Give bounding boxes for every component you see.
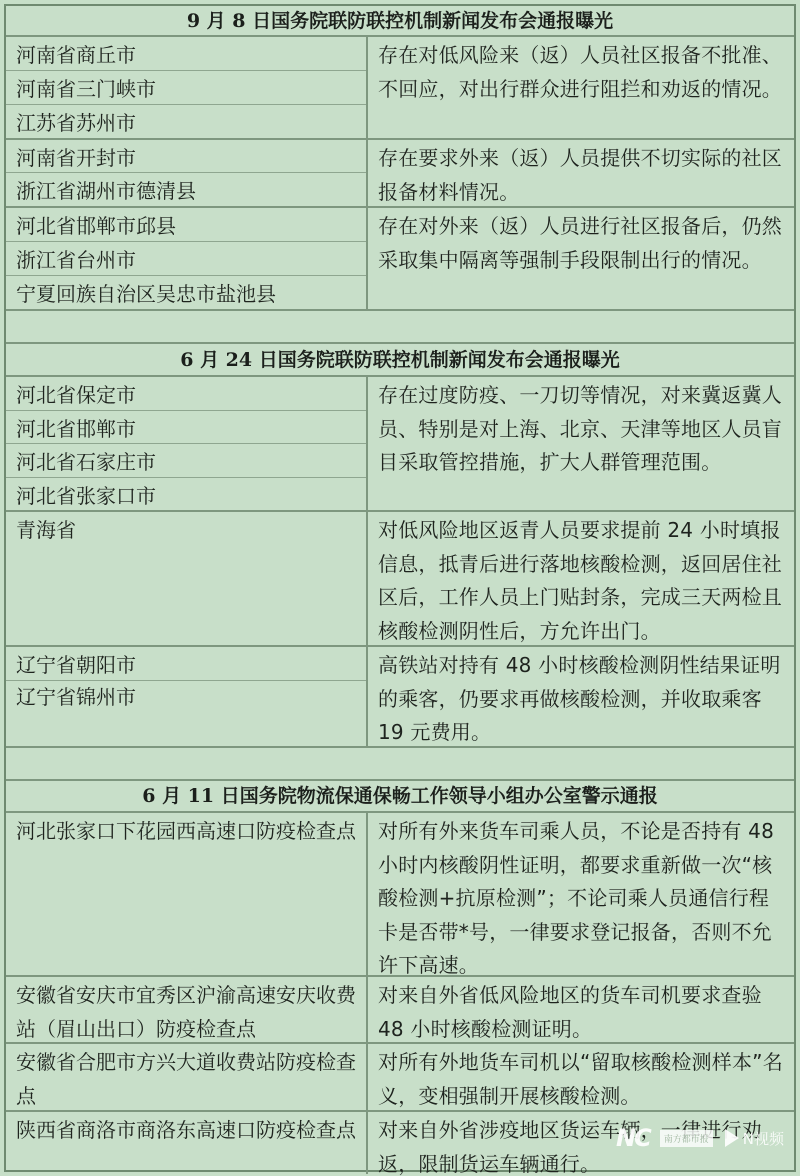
publisher-label: 南方都市报 — [660, 1130, 713, 1147]
location-cell: 青海省 — [6, 512, 368, 645]
table-row: 安徽省安庆市宜秀区沪渝高速安庆收费站（眉山出口）防疫检查点 对来自外省低风险地区… — [6, 977, 794, 1044]
table-row: 青海省 对低风险地区返青人员要求提前 24 小时填报信息，抵青后进行落地核酸检测… — [6, 512, 794, 647]
location-item: 安徽省安庆市宜秀区沪渝高速安庆收费站（眉山出口）防疫检查点 — [6, 977, 366, 1046]
location-item: 江苏省苏州市 — [6, 105, 366, 138]
location-item: 辽宁省锦州市 — [6, 681, 366, 714]
location-cell: 河北省邯郸市邱县 浙江省台州市 宁夏回族自治区吴忠市盐池县 — [6, 208, 368, 309]
location-cell: 安徽省合肥市方兴大道收费站防疫检查点 — [6, 1044, 368, 1110]
location-item: 浙江省台州市 — [6, 242, 366, 276]
location-item: 河北省邯郸市邱县 — [6, 208, 366, 242]
spacer-row — [6, 748, 794, 781]
description-cell: 对所有外来货车司乘人员，不论是否持有 48 小时内核酸阴性证明，都要求重新做一次… — [368, 813, 794, 983]
location-item: 河北省保定市 — [6, 377, 366, 411]
table-row: 河北张家口下花园西高速口防疫检查点 对所有外来货车司乘人员，不论是否持有 48 … — [6, 813, 794, 977]
location-item: 青海省 — [6, 512, 366, 548]
nc-logo: NC — [616, 1124, 650, 1152]
section-header: 6 月 11 日国务院物流保通保畅工作领导小组办公室警示通报 — [6, 781, 794, 813]
video-brand: N视频 — [723, 1127, 784, 1149]
notice-table: 9 月 8 日国务院联防联控机制新闻发布会通报曝光 河南省商丘市 河南省三门峡市… — [4, 4, 796, 1172]
video-label: N视频 — [743, 1128, 784, 1149]
location-item: 河南省商丘市 — [6, 37, 366, 71]
description-cell: 对所有外地货车司机以“留取核酸检测样本”名义，变相强制开展核酸检测。 — [368, 1044, 794, 1113]
watermark: NC 南方都市报 N视频 — [616, 1124, 784, 1152]
location-item: 河北省张家口市 — [6, 478, 366, 510]
section-title: 6 月 11 日国务院物流保通保畅工作领导小组办公室警示通报 — [142, 785, 658, 807]
location-item: 河北省邯郸市 — [6, 411, 366, 444]
location-item: 河北省石家庄市 — [6, 444, 366, 478]
location-cell: 辽宁省朝阳市 辽宁省锦州市 — [6, 647, 368, 746]
description-cell: 存在对低风险来（返）人员社区报备不批准、不回应，对出行群众进行阻拦和劝返的情况。 — [368, 37, 794, 106]
table-row: 河北省保定市 河北省邯郸市 河北省石家庄市 河北省张家口市 存在过度防疫、一刀切… — [6, 377, 794, 512]
location-item: 陕西省商洛市商洛东高速口防疫检查点 — [6, 1112, 366, 1148]
location-cell: 河北张家口下花园西高速口防疫检查点 — [6, 813, 368, 975]
description-cell: 存在要求外来（返）人员提供不切实际的社区报备材料情况。 — [368, 140, 794, 209]
location-item: 安徽省合肥市方兴大道收费站防疫检查点 — [6, 1044, 366, 1113]
table-row: 河南省开封市 浙江省湖州市德清县 存在要求外来（返）人员提供不切实际的社区报备材… — [6, 140, 794, 208]
location-cell: 安徽省安庆市宜秀区沪渝高速安庆收费站（眉山出口）防疫检查点 — [6, 977, 368, 1042]
description-cell: 高铁站对持有 48 小时核酸检测阴性结果证明的乘客，仍要求再做核酸检测，并收取乘… — [368, 647, 794, 750]
section-title: 9 月 8 日国务院联防联控机制新闻发布会通报曝光 — [187, 10, 613, 32]
location-cell: 河北省保定市 河北省邯郸市 河北省石家庄市 河北省张家口市 — [6, 377, 368, 510]
location-item: 浙江省湖州市德清县 — [6, 173, 366, 206]
description-cell: 对来自外省低风险地区的货车司机要求查验 48 小时核酸检测证明。 — [368, 977, 794, 1046]
section-header: 9 月 8 日国务院联防联控机制新闻发布会通报曝光 — [6, 6, 794, 37]
table-row: 辽宁省朝阳市 辽宁省锦州市 高铁站对持有 48 小时核酸检测阴性结果证明的乘客，… — [6, 647, 794, 748]
spacer-row — [6, 311, 794, 344]
description-cell: 存在过度防疫、一刀切等情况，对来冀返冀人员、特别是对上海、北京、天津等地区人员盲… — [368, 377, 794, 480]
location-cell: 河南省开封市 浙江省湖州市德清县 — [6, 140, 368, 206]
description-cell: 存在对外来（返）人员进行社区报备后，仍然采取集中隔离等强制手段限制出行的情况。 — [368, 208, 794, 277]
location-item: 辽宁省朝阳市 — [6, 647, 366, 681]
location-item: 河南省开封市 — [6, 140, 366, 173]
table-row: 河南省商丘市 河南省三门峡市 江苏省苏州市 存在对低风险来（返）人员社区报备不批… — [6, 37, 794, 140]
location-item: 河南省三门峡市 — [6, 71, 366, 105]
play-icon — [723, 1127, 741, 1149]
location-cell: 陕西省商洛市商洛东高速口防疫检查点 — [6, 1112, 368, 1174]
table-row: 安徽省合肥市方兴大道收费站防疫检查点 对所有外地货车司机以“留取核酸检测样本”名… — [6, 1044, 794, 1112]
section-title: 6 月 24 日国务院联防联控机制新闻发布会通报曝光 — [180, 349, 620, 371]
location-item: 河北张家口下花园西高速口防疫检查点 — [6, 813, 366, 849]
section-header: 6 月 24 日国务院联防联控机制新闻发布会通报曝光 — [6, 344, 794, 377]
table-row: 河北省邯郸市邱县 浙江省台州市 宁夏回族自治区吴忠市盐池县 存在对外来（返）人员… — [6, 208, 794, 311]
location-item: 宁夏回族自治区吴忠市盐池县 — [6, 276, 366, 309]
description-cell: 对低风险地区返青人员要求提前 24 小时填报信息，抵青后进行落地核酸检测，返回居… — [368, 512, 794, 648]
location-cell: 河南省商丘市 河南省三门峡市 江苏省苏州市 — [6, 37, 368, 138]
